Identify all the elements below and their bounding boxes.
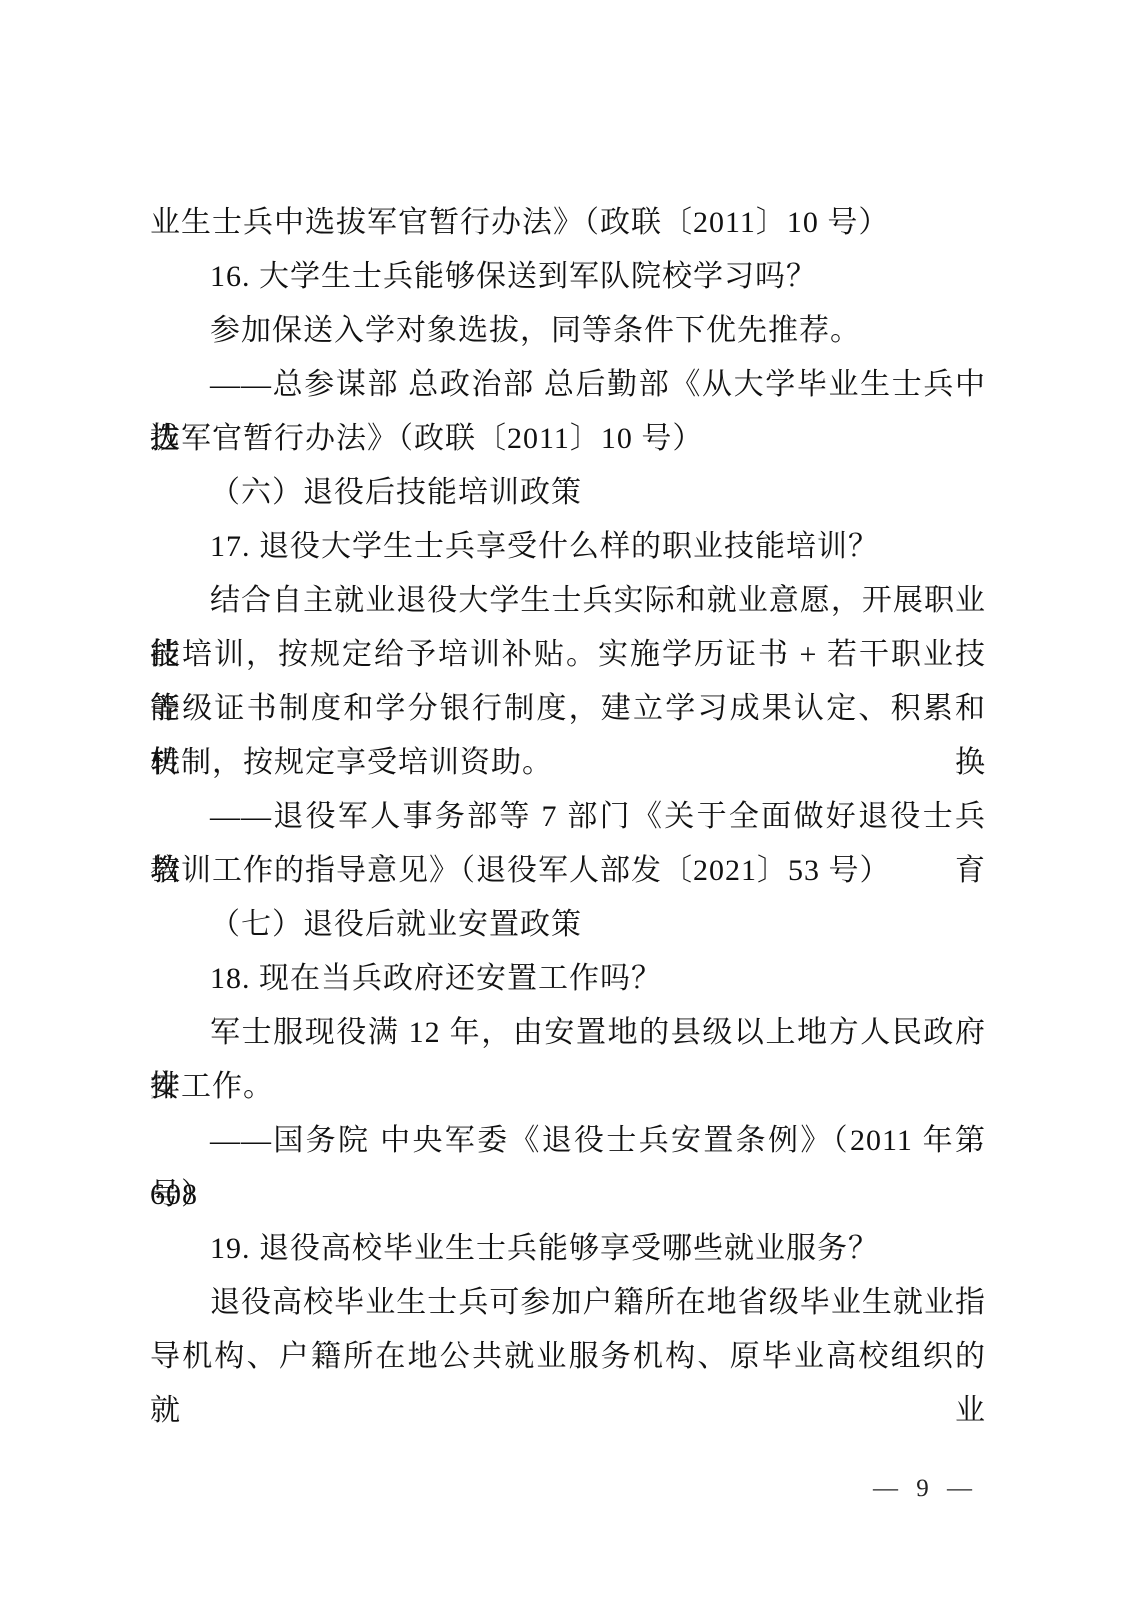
citation-line: ——退役军人事务部等 7 部门《关于全面做好退役士兵教育 bbox=[150, 790, 986, 844]
section-heading-6: （六）退役后技能培训政策 bbox=[150, 466, 986, 520]
question-line-19: 19. 退役高校毕业生士兵能够享受哪些就业服务？ bbox=[150, 1222, 986, 1276]
text-line: 退役高校毕业生士兵可参加户籍所在地省级毕业生就业指 bbox=[150, 1276, 986, 1330]
question-line-18: 18. 现在当兵政府还安置工作吗？ bbox=[150, 952, 986, 1006]
text-line: 军士服现役满 12 年，由安置地的县级以上地方人民政府安 bbox=[150, 1006, 986, 1060]
text-line: 导机构、户籍所在地公共就业服务机构、原毕业高校组织的就业 bbox=[150, 1330, 986, 1384]
section-heading-7: （七）退役后就业安置政策 bbox=[150, 898, 986, 952]
document-body: 业生士兵中选拔军官暂行办法》（政联〔2011〕10 号） 16. 大学生士兵能够… bbox=[150, 196, 986, 1384]
text-line: 结合自主就业退役大学生士兵实际和就业意愿，开展职业技 bbox=[150, 574, 986, 628]
citation-line: ——总参谋部 总政治部 总后勤部《从大学毕业生士兵中选 bbox=[150, 358, 986, 412]
citation-line: ——国务院 中央军委《退役士兵安置条例》（2011 年第 608 bbox=[150, 1114, 986, 1168]
text-line: 等级证书制度和学分银行制度，建立学习成果认定、积累和转换 bbox=[150, 682, 986, 736]
text-line: 业生士兵中选拔军官暂行办法》（政联〔2011〕10 号） bbox=[150, 196, 986, 250]
question-line-17: 17. 退役大学生士兵享受什么样的职业技能培训？ bbox=[150, 520, 986, 574]
citation-line: 拔军官暂行办法》（政联〔2011〕10 号） bbox=[150, 412, 986, 466]
question-line-16: 16. 大学生士兵能够保送到军队院校学习吗？ bbox=[150, 250, 986, 304]
page-footer: — 9 — bbox=[873, 1474, 973, 1504]
text-line: 能培训，按规定给予培训补贴。实施学历证书 + 若干职业技能 bbox=[150, 628, 986, 682]
citation-line: 培训工作的指导意见》（退役军人部发〔2021〕53 号） bbox=[150, 844, 986, 898]
text-line: 排工作。 bbox=[150, 1060, 986, 1114]
page-number: — 9 — bbox=[873, 1475, 973, 1502]
citation-line: 号） bbox=[150, 1168, 986, 1222]
document-page: 业生士兵中选拔军官暂行办法》（政联〔2011〕10 号） 16. 大学生士兵能够… bbox=[0, 0, 1131, 1600]
text-line: 参加保送入学对象选拔，同等条件下优先推荐。 bbox=[150, 304, 986, 358]
